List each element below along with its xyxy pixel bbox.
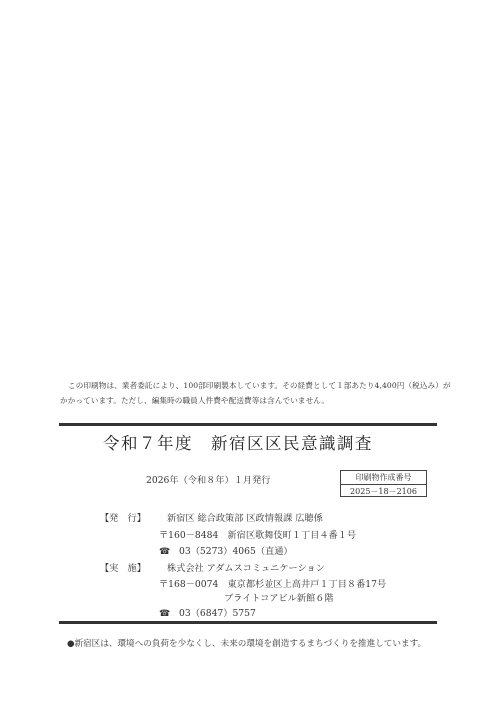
publisher-label: 【発 行】: [100, 510, 146, 524]
contractor-address-line-1: 〒168－0074 東京都杉並区上高井戸１丁目８番17号: [159, 576, 386, 590]
print-number-label: 印刷物作成番号: [341, 471, 426, 485]
phone-icon: ☎: [159, 608, 179, 619]
publisher-phone: 03（5273）4065（直通）: [179, 546, 293, 557]
contractor-phone-row: ☎03（6847）5757: [159, 605, 256, 619]
contractor-label: 【実 施】: [100, 560, 146, 574]
publisher-name: 新宿区 総合政策部 区政情報課 広聴係: [167, 510, 323, 524]
contractor-address-line-2: ブライトコアビル新館６階: [224, 590, 334, 604]
environment-statement: ●新宿区は、環境への負荷を少なくし、未来の環境を創造するまちづくりを推進していま…: [67, 637, 426, 649]
bottom-divider: [59, 621, 437, 624]
top-divider: [59, 423, 437, 426]
phone-icon: ☎: [159, 546, 179, 557]
contractor-phone: 03（6847）5757: [179, 608, 256, 619]
publisher-phone-row: ☎03（5273）4065（直通）: [159, 543, 293, 557]
print-number-box: 印刷物作成番号 2025－18－2106: [340, 470, 427, 497]
contractor-name: 株式会社 アダムスコミュニケーション: [167, 560, 325, 574]
issue-date: 2026年（令和８年）１月発行: [146, 472, 270, 486]
print-number-value: 2025－18－2106: [341, 485, 426, 498]
cost-notice-line-2: かかっています。ただし、編集時の職員人件費や配送費等は含んでいません。: [60, 395, 329, 406]
cost-notice-line-1: この印刷物は、業者委託により、100部印刷製本しています。その経費として１部あた…: [68, 380, 451, 391]
document-title: 令和７年度 新宿区区民意識調査: [103, 430, 373, 454]
publisher-address: 〒160－8484 新宿区歌舞伎町１丁目４番１号: [159, 527, 356, 541]
